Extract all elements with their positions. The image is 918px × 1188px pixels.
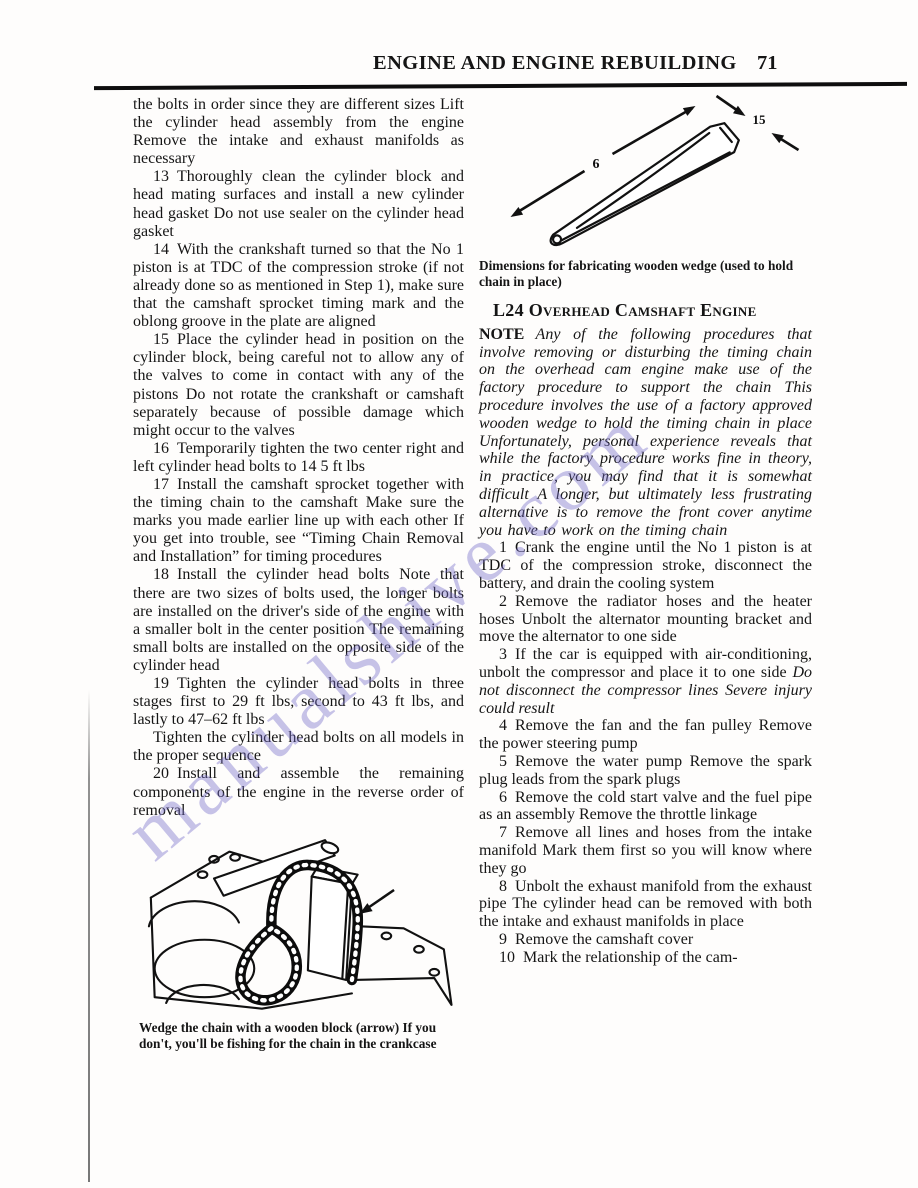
body-paragraph: 20 Install and assemble the remaining co… bbox=[133, 765, 464, 819]
note-label: NOTE bbox=[479, 326, 524, 343]
note-text: Any of the following procedures that inv… bbox=[479, 326, 812, 539]
body-paragraph: Tighten the cylinder head bolts on all m… bbox=[133, 729, 464, 765]
step-paragraph: 1 Crank the engine until the No 1 piston… bbox=[479, 539, 812, 592]
right-column: 6 15 Dimensions for fabricating wooden w… bbox=[479, 90, 812, 966]
step-paragraph: 8 Unbolt the exhaust manifold from the e… bbox=[479, 878, 812, 931]
wooden-wedge-diagram: 6 15 bbox=[479, 92, 812, 254]
manual-page: ENGINE AND ENGINE REBUILDING 71 the bolt… bbox=[0, 0, 918, 1188]
figure-caption: Dimensions for fabricating wooden wedge … bbox=[479, 258, 812, 290]
body-paragraph: 16 Temporarily tighten the two center ri… bbox=[133, 440, 464, 476]
step-paragraph: 4 Remove the fan and the fan pulley Remo… bbox=[479, 717, 812, 753]
engine-timing-chain-illustration bbox=[147, 832, 464, 1014]
header-rule bbox=[94, 82, 907, 90]
body-paragraph: 18 Install the cylinder head bolts Note … bbox=[133, 566, 464, 675]
note-paragraph: NOTE Any of the following procedures tha… bbox=[479, 326, 812, 540]
figure-caption: Wedge the chain with a wooden block (arr… bbox=[139, 1020, 464, 1052]
body-paragraph: the bolts in order since they are differ… bbox=[133, 96, 464, 168]
body-paragraph: 15 Place the cylinder head in position o… bbox=[133, 331, 464, 440]
page-number: 71 bbox=[757, 52, 778, 75]
step-paragraph: 7 Remove all lines and hoses from the in… bbox=[479, 824, 812, 877]
wedge-thickness-label: 15 bbox=[753, 112, 767, 127]
body-paragraph: 17 Install the camshaft sprocket togethe… bbox=[133, 476, 464, 566]
section-heading: L24 Overhead Camshaft Engine bbox=[493, 302, 812, 320]
body-paragraph: 19 Tighten the cylinder head bolts in th… bbox=[133, 675, 464, 729]
step-paragraph: 6 Remove the cold start valve and the fu… bbox=[479, 789, 812, 825]
step-paragraph: 3 If the car is equipped with air-condit… bbox=[479, 646, 812, 717]
left-margin-rule bbox=[88, 690, 90, 1182]
wedge-length-label: 6 bbox=[593, 157, 600, 172]
step-paragraph: 2 Remove the radiator hoses and the heat… bbox=[479, 593, 812, 646]
body-paragraph: 13 Thoroughly clean the cylinder block a… bbox=[133, 168, 464, 240]
left-column: the bolts in order since they are differ… bbox=[133, 96, 464, 1052]
step-paragraph: 9 Remove the camshaft cover bbox=[479, 931, 812, 949]
step-paragraph: 5 Remove the water pump Remove the spark… bbox=[479, 753, 812, 789]
body-paragraph: 14 With the crankshaft turned so that th… bbox=[133, 241, 464, 331]
page-header-title: ENGINE AND ENGINE REBUILDING bbox=[373, 52, 737, 75]
step-paragraph: 10 Mark the relationship of the cam- bbox=[479, 949, 812, 967]
